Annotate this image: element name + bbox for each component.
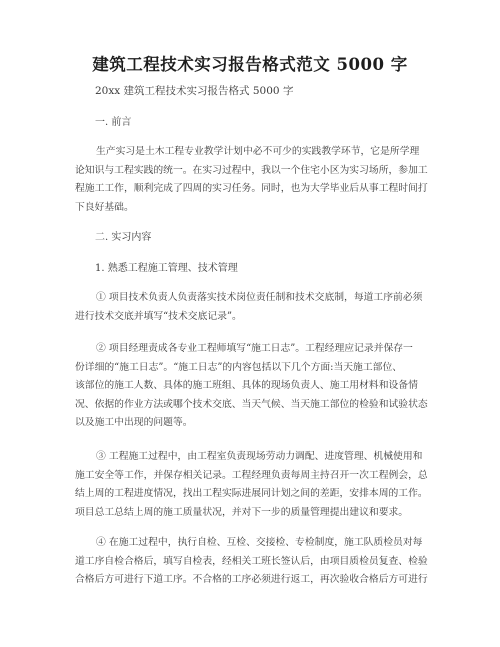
heading-preface: 一. 前言 <box>95 116 131 129</box>
paragraph-line: 以及施工中出现的问题等。 <box>75 414 433 433</box>
paragraph-line: 项目总工总结上周的施工质量状况，并对下一步的质量管理提出建议和要求。 <box>75 504 433 523</box>
paragraph-item-4: ④ 在施工过程中，执行自检、互检、交接检、专检制度，施工队质检员对每 道工序自检… <box>75 534 433 590</box>
paragraph-line: 程施工工作，顺利完成了四周的实习任务。同时，也为大学毕业后从事工程时间打 <box>75 180 433 199</box>
paragraph-line: 结上周的工程进度情况，找出工程实际进展同计划之间的差距，安排本周的工作。 <box>75 485 433 504</box>
heading-content: 二. 实习内容 <box>95 231 151 244</box>
paragraph-line: 况、依据的作业方法或哪个技术交底、当天气候、当天施工部位的检验和试验状态 <box>75 396 433 415</box>
paragraph-line: 下良好基础。 <box>75 199 433 218</box>
paragraph-line: ① 项目技术负责人负责落实技术岗位责任制和技术交底制，每道工序前必须 <box>75 289 433 308</box>
paragraph-line: 施工安全等工作，并保存相关记录。工程经理负责每周主持召开一次工程例会，总 <box>75 467 433 486</box>
paragraph-line: 合格后方可进行下道工序。不合格的工序必须进行返工，再次验收合格后方可进行 <box>75 571 433 590</box>
paragraph-line: 该部位的施工人数、具体的施工班组、具体的现场负责人、施工用材料和设备情 <box>75 377 433 396</box>
document-subtitle: 20xx 建筑工程技术实习报告格式 5000 字 <box>95 84 293 98</box>
paragraph-line: 道工序自检合格后，填写自检表，经相关工班长签认后，由项目质检员复查、检验 <box>75 553 433 572</box>
paragraph-item-2: ② 项目经理责成各专业工程师填写“施工日志”。工程经理应记录并保存一 份详细的“… <box>75 340 433 433</box>
paragraph-item-1: ① 项目技术负责人负责落实技术岗位责任制和技术交底制，每道工序前必须 进行技术交… <box>75 289 433 326</box>
paragraph-item-3: ③ 工程施工过程中，由工程室负责现场劳动力调配、进度管理、机械使用和 施工安全等… <box>75 448 433 522</box>
paragraph-line: ② 项目经理责成各专业工程师填写“施工日志”。工程经理应记录并保存一 <box>75 340 433 359</box>
heading-subsection: 1. 熟悉工程施工管理、技术管理 <box>95 262 238 275</box>
document-page: 建筑工程技术实习报告格式范文 5000 字 20xx 建筑工程技术实习报告格式 … <box>0 0 500 647</box>
document-title: 建筑工程技术实习报告格式范文 5000 字 <box>0 53 500 77</box>
paragraph-intro: 生产实习是土木工程专业教学计划中必不可少的实践教学环节，它是所学理 论知识与工程… <box>75 143 433 217</box>
paragraph-line: 论知识与工程实践的统一。在实习过程中，我以一个住宅小区为实习场所，参加工 <box>75 162 433 181</box>
paragraph-line: 生产实习是土木工程专业教学计划中必不可少的实践教学环节，它是所学理 <box>75 143 433 162</box>
paragraph-line: ④ 在施工过程中，执行自检、互检、交接检、专检制度，施工队质检员对每 <box>75 534 433 553</box>
paragraph-line: 进行技术交底并填写“技术交底记录”。 <box>75 308 433 327</box>
paragraph-line: ③ 工程施工过程中，由工程室负责现场劳动力调配、进度管理、机械使用和 <box>75 448 433 467</box>
paragraph-line: 份详细的“施工日志”。“施工日志”的内容包括以下几个方面:当天施工部位、 <box>75 359 433 378</box>
